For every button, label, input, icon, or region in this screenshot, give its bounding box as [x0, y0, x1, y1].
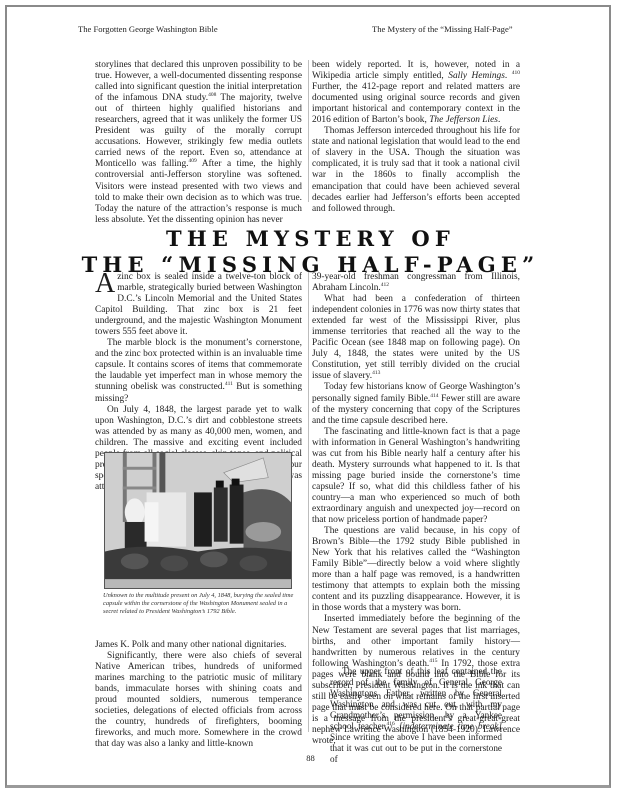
- cornerstone-ceremony-illustration: [104, 452, 292, 589]
- top-right-column: been widely reported. It is, however, no…: [312, 60, 520, 215]
- paragraph: storylines that declared this unproven p…: [95, 60, 302, 226]
- footnote-ref[interactable]: 412: [381, 282, 389, 288]
- footnote-ref[interactable]: 413: [372, 370, 380, 376]
- footnote-ref[interactable]: 410: [512, 70, 520, 76]
- footnote-ref[interactable]: 409: [189, 158, 197, 164]
- paragraph: A zinc box is sealed inside a twelve-ton…: [95, 272, 302, 338]
- paragraph: The questions are valid because, in his …: [312, 526, 520, 614]
- paragraph: The marble block is the monument’s corne…: [95, 338, 302, 404]
- paragraph: What had been a confederation of thirtee…: [312, 294, 520, 382]
- paragraph: Significantly, there were also chiefs of…: [95, 651, 302, 750]
- column-divider: [308, 272, 309, 732]
- footnote-ref[interactable]: 415: [429, 658, 437, 664]
- footnote-ref[interactable]: 414: [430, 392, 438, 398]
- figure-caption: Unknown to the multitude present on July…: [103, 592, 295, 617]
- chapter-title: THE MYSTERY OF THE “MISSING HALF-PAGE”: [0, 226, 621, 278]
- left-column-continued: James K. Polk and many other national di…: [95, 640, 302, 750]
- paragraph: The fascinating and little-known fact is…: [312, 427, 520, 526]
- engraving-image: [105, 453, 291, 588]
- footnote-ref[interactable]: 411: [225, 381, 233, 387]
- column-divider: [308, 60, 309, 202]
- running-head-right: The Mystery of the “Missing Half-Page”: [372, 24, 513, 34]
- blockquote: The upper front of this leaf contained t…: [330, 666, 502, 765]
- paragraph: Thomas Jefferson interceded throughout h…: [312, 126, 520, 214]
- paragraph: been widely reported. It is, however, no…: [312, 60, 520, 126]
- drop-cap: A: [95, 273, 115, 295]
- top-left-column: storylines that declared this unproven p…: [95, 60, 302, 226]
- running-head-left: The Forgotten George Washington Bible: [78, 24, 218, 34]
- quote-paragraph: The upper front of this leaf contained t…: [330, 666, 502, 765]
- page-number: 88: [0, 753, 621, 763]
- footnote-ref[interactable]: 416: [387, 721, 395, 727]
- paragraph: Today few historians know of George Wash…: [312, 382, 520, 426]
- paragraph: 39-year-old freshman congressman from Il…: [312, 272, 520, 294]
- paragraph: James K. Polk and many other national di…: [95, 640, 302, 651]
